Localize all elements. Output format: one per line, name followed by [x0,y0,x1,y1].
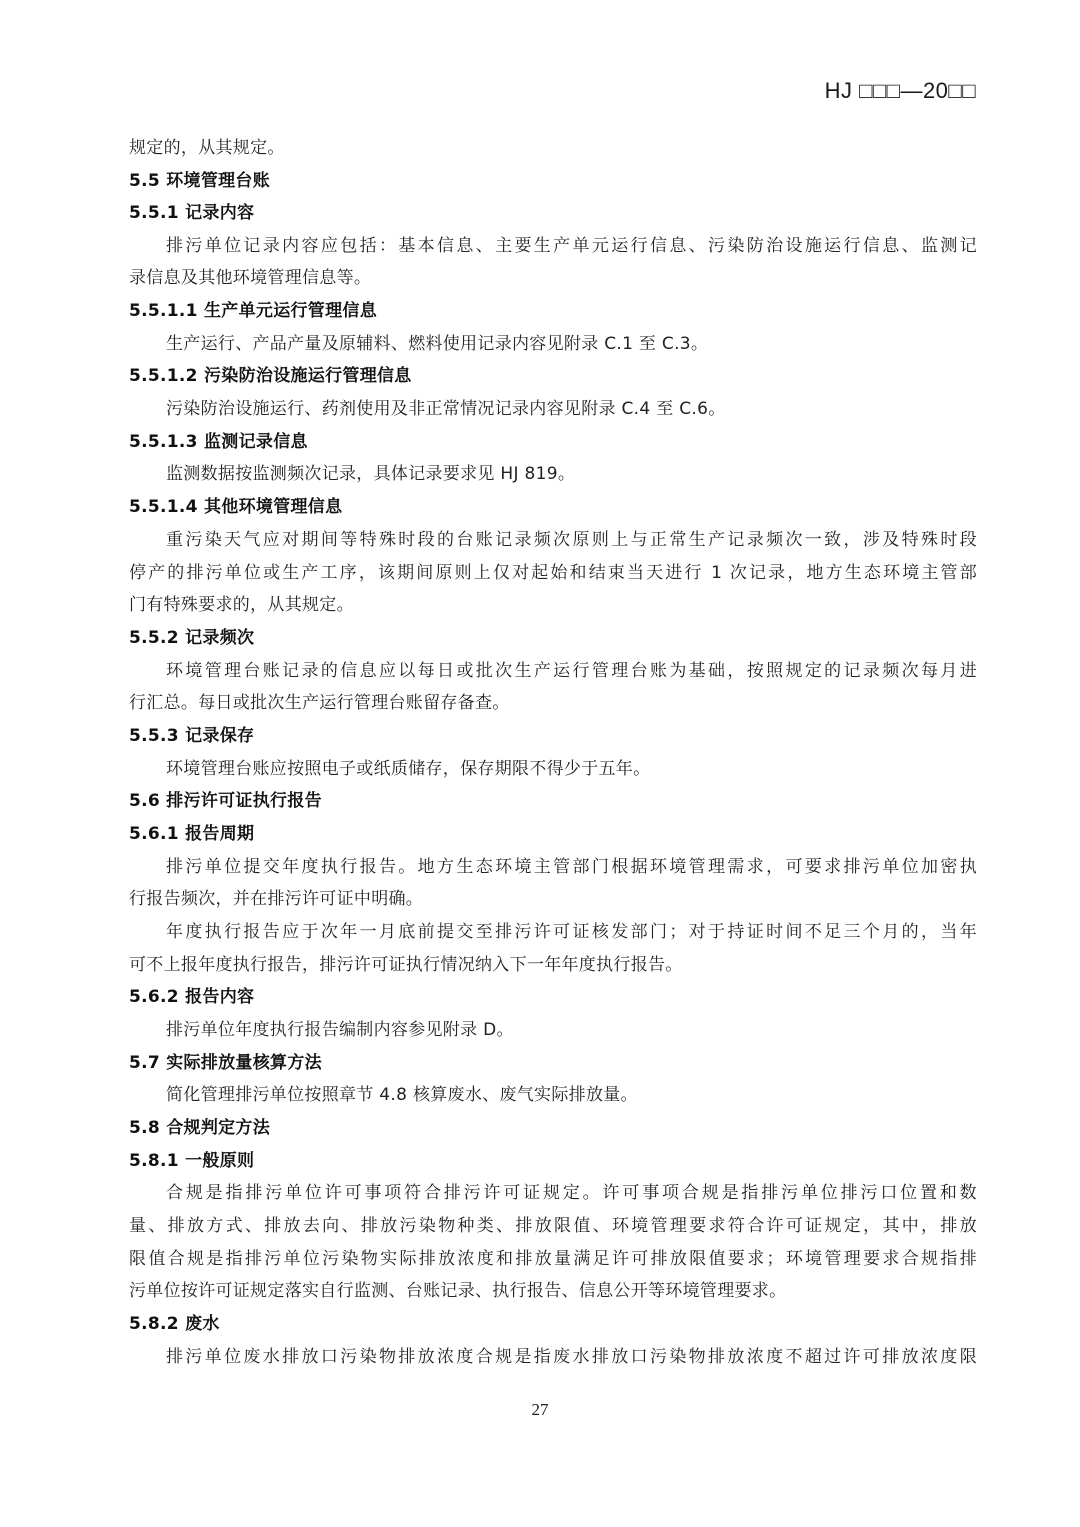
body-text-line: 停产的排污单位或生产工序，该期间原则上仅对起始和结束当天进行 1 次记录，地方生… [129,561,977,585]
body-text-line: 污单位按许可证规定落实自行监测、台账记录、执行报告、信息公开等环境管理要求。 [129,1279,977,1303]
body-text-line: 污染防治设施运行、药剂使用及非正常情况记录内容见附录 C.4 至 C.6。 [166,397,977,421]
section-heading: 5.8.1 一般原则 [129,1149,977,1173]
body-text-line: 环境管理台账记录的信息应以每日或批次生产运行管理台账为基础，按照规定的记录频次每… [166,659,977,683]
section-heading: 5.5.1.4 其他环境管理信息 [129,495,977,519]
body-text-line: 生产运行、产品产量及原辅料、燃料使用记录内容见附录 C.1 至 C.3。 [166,332,977,356]
body-text-line: 排污单位废水排放口污染物排放浓度合规是指废水排放口污染物排放浓度不超过许可排放浓… [166,1345,977,1369]
body-text-line: 排污单位记录内容应包括：基本信息、主要生产单元运行信息、污染防治设施运行信息、监… [166,234,977,258]
section-heading: 5.5.1.2 污染防治设施运行管理信息 [129,364,977,388]
body-text-line: 规定的，从其规定。 [129,136,977,160]
section-heading: 5.5.1.3 监测记录信息 [129,430,977,454]
body-text-line: 排污单位年度执行报告编制内容参见附录 D。 [166,1018,977,1042]
body-text-line: 监测数据按监测频次记录，具体记录要求见 HJ 819。 [166,462,977,486]
standard-code-header: HJ □□□—20□□ [825,78,976,104]
section-heading: 5.7 实际排放量核算方法 [129,1051,977,1075]
body-text-line: 年度执行报告应于次年一月底前提交至排污许可证核发部门；对于持证时间不足三个月的，… [166,920,977,944]
section-heading: 5.5.3 记录保存 [129,724,977,748]
section-heading: 5.5.1.1 生产单元运行管理信息 [129,299,977,323]
section-heading: 5.6.1 报告周期 [129,822,977,846]
section-heading: 5.8 合规判定方法 [129,1116,977,1140]
body-text-line: 录信息及其他环境管理信息等。 [129,266,977,290]
body-text-line: 门有特殊要求的，从其规定。 [129,593,977,617]
section-heading: 5.6 排污许可证执行报告 [129,789,977,813]
standard-code: HJ □□□—20□□ [825,78,976,103]
section-heading: 5.6.2 报告内容 [129,985,977,1009]
section-heading: 5.5 环境管理台账 [129,169,977,193]
body-text-line: 合规是指排污单位许可事项符合排污许可证规定。许可事项合规是指排污单位排污口位置和… [166,1181,977,1205]
body-text-line: 行汇总。每日或批次生产运行管理台账留存备查。 [129,691,977,715]
body-text-line: 量、排放方式、排放去向、排放污染物种类、排放限值、环境管理要求符合许可证规定，其… [129,1214,977,1238]
body-text-line: 可不上报年度执行报告，排污许可证执行情况纳入下一年年度执行报告。 [129,953,977,977]
body-text-line: 行报告频次，并在排污许可证中明确。 [129,887,977,911]
section-heading: 5.5.2 记录频次 [129,626,977,650]
body-text-line: 限值合规是指排污单位污染物实际排放浓度和排放量满足许可排放限值要求；环境管理要求… [129,1247,977,1271]
section-heading: 5.5.1 记录内容 [129,201,977,225]
body-text-line: 排污单位提交年度执行报告。地方生态环境主管部门根据环境管理需求，可要求排污单位加… [166,855,977,879]
page-number: 27 [0,1400,1080,1420]
section-heading: 5.8.2 废水 [129,1312,977,1336]
body-text-line: 简化管理排污单位按照章节 4.8 核算废水、废气实际排放量。 [166,1083,977,1107]
body-text-line: 环境管理台账应按照电子或纸质储存，保存期限不得少于五年。 [166,757,977,781]
body-text-line: 重污染天气应对期间等特殊时段的台账记录频次原则上与正常生产记录频次一致，涉及特殊… [166,528,977,552]
